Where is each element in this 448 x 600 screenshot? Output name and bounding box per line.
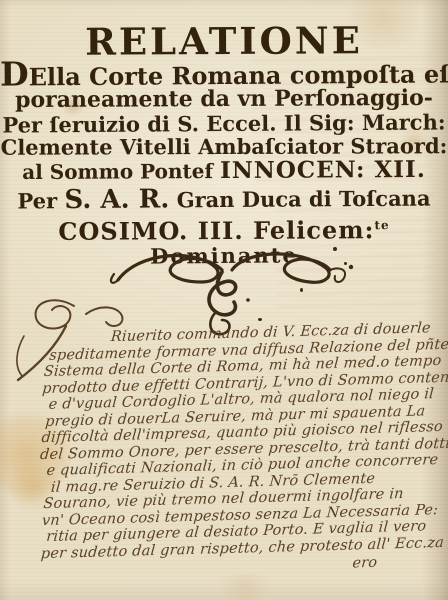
ink-speck — [300, 288, 303, 292]
ink-speck — [258, 318, 262, 321]
pope-name: INNOCEN: XII. — [220, 156, 426, 184]
royal-abbreviation: S. A. R. — [64, 184, 169, 215]
handwritten-paragraph: Riuerito commando di V. Ecc.za di douerl… — [15, 320, 436, 581]
title-line-dominante: Dominante — [0, 242, 448, 269]
title-block: RELATIONE DElla Corte Romana compoſta eſ… — [0, 22, 448, 267]
foxing-stain — [210, 574, 280, 600]
title-line-sommo-pontef-pre: al Sommo Pontef — [22, 159, 220, 184]
title-line-gran-duca-pre: Per — [17, 188, 64, 213]
title-line-cosimo: COSIMO. III. Felicem:te — [0, 215, 448, 245]
title-line-gran-duca-rest: Gran Duca di Toſcana — [169, 185, 430, 212]
title-line-relatione: RELATIONE — [0, 21, 448, 62]
manuscript-page: RELATIONE DElla Corte Romana compoſta eſ… — [0, 0, 448, 600]
superscript-te: te — [374, 218, 389, 232]
title-line-poraneamente: poraneamente da vn Perſonaggio- — [0, 87, 448, 112]
title-line-gran-duca: Per S. A. R. Gran Duca di Toſcana — [0, 183, 448, 216]
title-line-cosimo-main: COSIMO. III. Felicem: — [58, 215, 374, 246]
title-line-sommo-pontef: al Sommo Pontef INNOCEN: XII. — [0, 157, 448, 186]
